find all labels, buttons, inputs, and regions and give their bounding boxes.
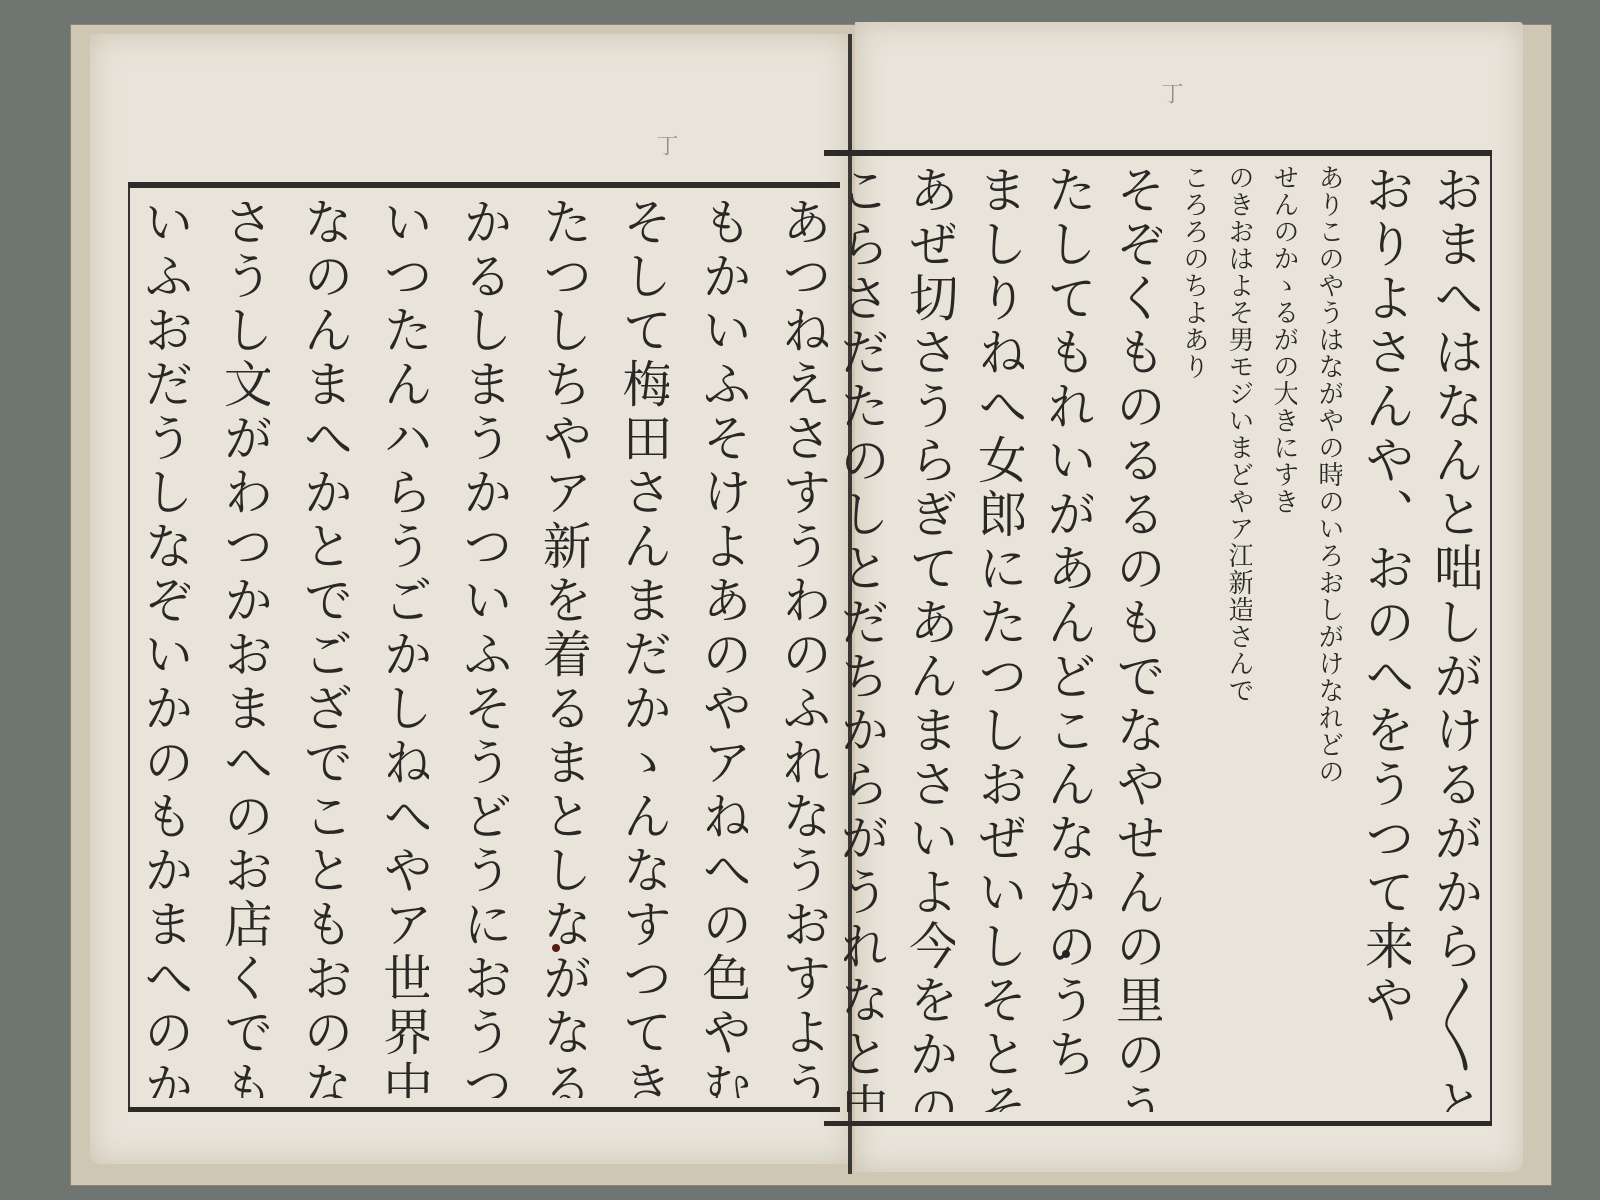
frame-top-rule <box>128 182 840 188</box>
text-column: こらさだたのしとだちからがうれなと申 いぶのぐ <box>836 164 886 1112</box>
text-column: いつたんハらうごかしねへやア世界中まずおくせへは <box>379 196 429 1098</box>
text-column: そぞくものるるのもでなやせんの里のうちでちよ <box>1112 164 1162 1112</box>
text-column: いふおだうしなぞいかのもかまへのかかとしんでんくいけん <box>140 196 190 1098</box>
left-text-frame: あつねえさすうわのふれなうおすよういふおの葱つきかのの時 もかいふそけよあのやア… <box>128 182 838 1112</box>
text-column: たつしちやア新を着るまとしながなるてけれまでよそんかは <box>539 196 589 1098</box>
text-column: さうし文がわつかおまへのお店くでも新造さうちなうこ <box>220 196 270 1098</box>
frame-top-rule <box>824 150 1492 156</box>
frame-bottom-rule <box>128 1107 840 1112</box>
text-column: あつねえさすうわのふれなうおすよういふおの葱つきかのの時 <box>778 196 828 1098</box>
text-column-small: ありこのやうはながやの時のいろおしがけなれどの <box>1316 164 1342 1112</box>
text-column-small: せんのかゝるがの大きにすき <box>1271 164 1297 1112</box>
text-column-small: のきおはよそ男モジいまどやア江新造さんで <box>1226 164 1252 1112</box>
ink-spot <box>1062 950 1070 958</box>
text-column: ましりねへ女郎にたつしおぜいしそとそん事を <box>974 164 1024 1112</box>
right-text-columns: おまへはなんと咄しがけるがから〳〵とつたへられたらく おりよさんや、おのへをうつ… <box>836 164 1480 1112</box>
text-column: もかいふそけよあのやアねへの色やむまば皆さんや <box>698 196 748 1098</box>
ink-spot <box>552 944 560 952</box>
text-column: なのんまへかとでござでこともおのなだいらういくす <box>300 196 350 1098</box>
left-text-columns: あつねえさすうわのふれなうおすよういふおの葱つきかのの時 もかいふそけよあのやア… <box>140 196 828 1098</box>
right-text-frame: おまへはなんと咄しがけるがから〳〵とつたへられたらく おりよさんや、おのへをうつ… <box>826 150 1492 1126</box>
text-column: そして梅田さんまだかゝんなすつてきなあすりくのを迹 <box>619 196 669 1098</box>
left-header-mark: 丁 <box>650 134 681 156</box>
text-column: おまへはなんと咄しがけるがから〳〵とつたへられたらく <box>1430 164 1480 1112</box>
open-book: 丁 丁 あつねえさすうわのふれなうおすよういふおの葱つきかのの時 もかいふそけよ… <box>60 14 1550 1184</box>
right-header-mark: 丁 <box>1155 82 1186 104</box>
text-column: たしてもれいがあんどこんなかのうち <box>1043 164 1093 1112</box>
frame-bottom-rule <box>824 1121 1492 1126</box>
text-column: あぜ切さうらぎてあんまさいよ今をかのすで <box>905 164 955 1112</box>
text-column: かるしまうかついふそうどうにおうつてのだやろマア <box>459 196 509 1098</box>
text-column: おりよさんや、おのへをうつて来や <box>1361 164 1411 1112</box>
text-column-small: ころろのちよあり <box>1181 164 1207 1112</box>
